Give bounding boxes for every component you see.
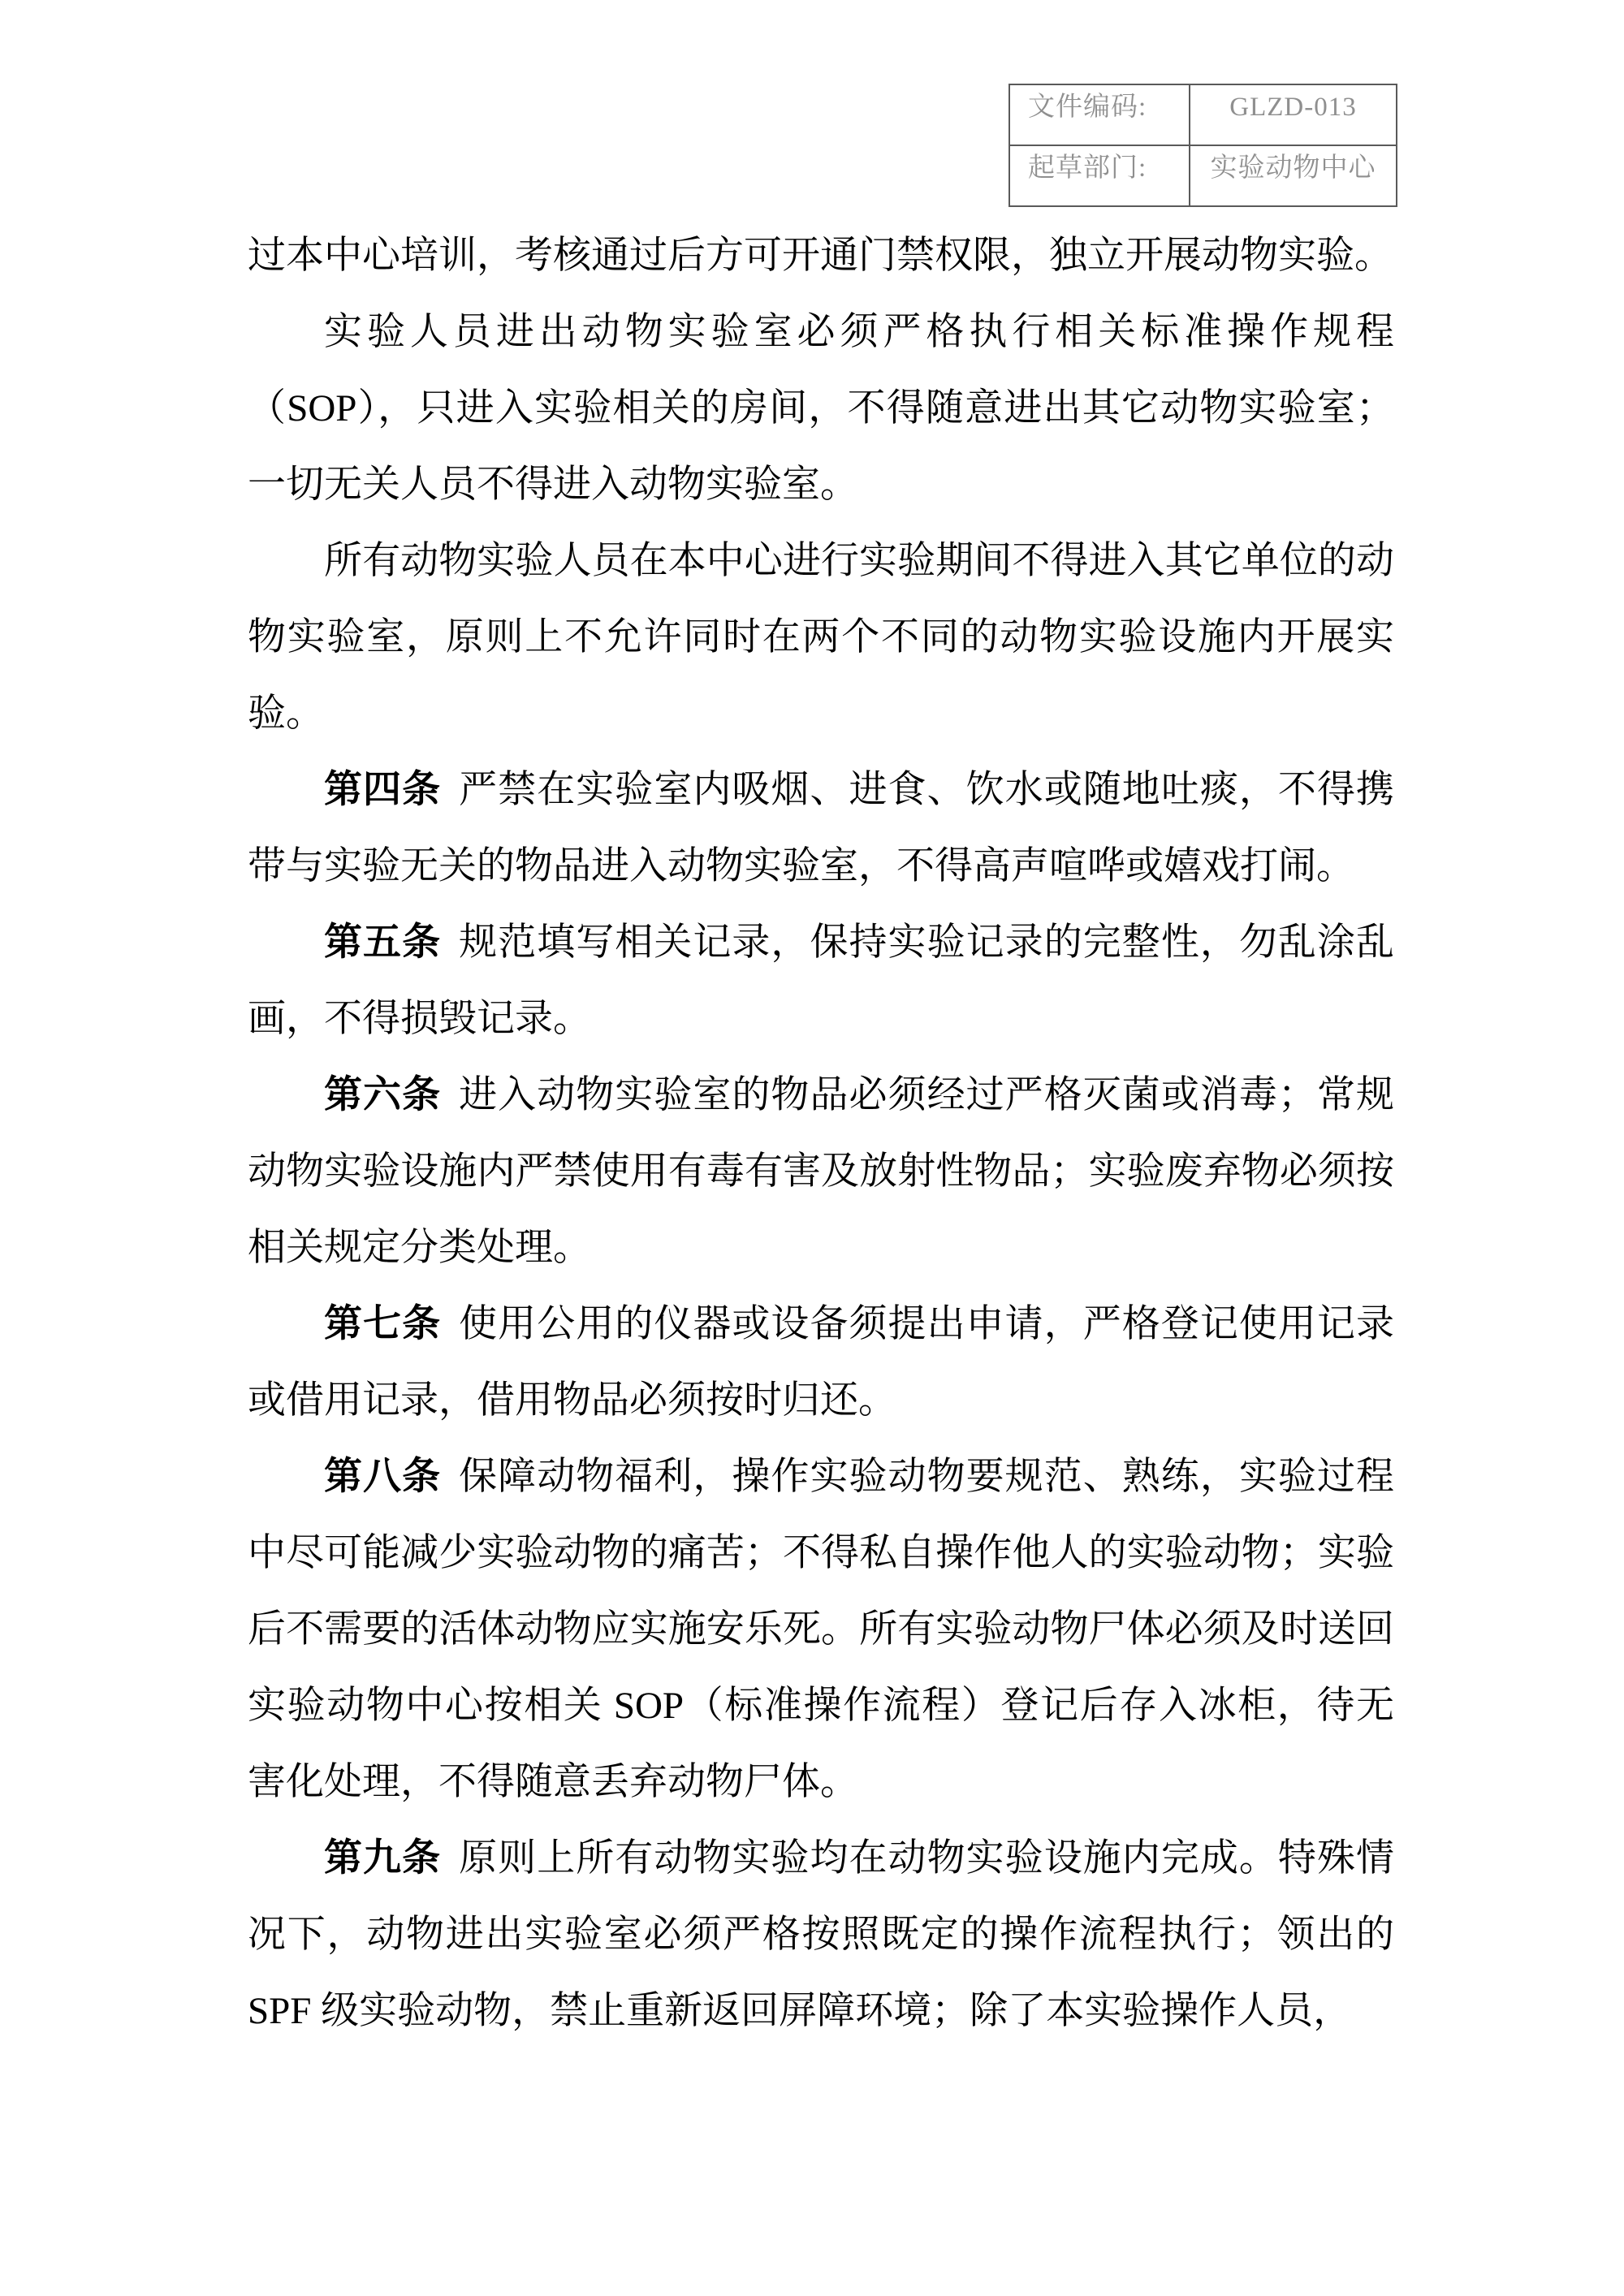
header-field-value: 实验动物中心 bbox=[1190, 145, 1397, 206]
article-number: 第六条 bbox=[324, 1074, 441, 1116]
body-paragraph: 第八条保障动物福利，操作实验动物要规范、熟练，实验过程中尽可能减少实验动物的痛苦… bbox=[248, 1439, 1394, 1820]
article-number: 第四条 bbox=[324, 769, 441, 811]
body-paragraph: 第九条原则上所有动物实验均在动物实验设施内完成。特殊情况下，动物进出实验室必须严… bbox=[248, 1820, 1394, 2049]
paragraph-text: 保障动物福利，操作实验动物要规范、熟练，实验过程中尽可能减少实验动物的痛苦；不得… bbox=[248, 1456, 1394, 1803]
header-field-value: GLZD-013 bbox=[1190, 84, 1397, 145]
paragraph-text: 实验人员进出动物实验室必须严格执行相关标准操作规程（SOP），只进入实验相关的房… bbox=[248, 311, 1394, 506]
header-table-row: 起草部门: 实验动物中心 bbox=[1009, 145, 1397, 206]
article-number: 第七条 bbox=[324, 1303, 441, 1345]
article-number: 第五条 bbox=[324, 921, 441, 964]
article-number: 第八条 bbox=[324, 1456, 441, 1498]
header-table-row: 文件编码: GLZD-013 bbox=[1009, 84, 1397, 145]
body-paragraph: 过本中心培训，考核通过后方可开通门禁权限，独立开展动物实验。 bbox=[248, 218, 1394, 294]
article-number: 第九条 bbox=[324, 1837, 441, 1880]
header-field-label: 文件编码: bbox=[1009, 84, 1190, 145]
body-paragraph: 第四条严禁在实验室内吸烟、进食、饮水或随地吐痰，不得携带与实验无关的物品进入动物… bbox=[248, 752, 1394, 904]
body-paragraph: 实验人员进出动物实验室必须严格执行相关标准操作规程（SOP），只进入实验相关的房… bbox=[248, 294, 1394, 523]
header-field-label: 起草部门: bbox=[1009, 145, 1190, 206]
document-header-table: 文件编码: GLZD-013 起草部门: 实验动物中心 bbox=[1009, 84, 1397, 207]
paragraph-text: 过本中心培训，考核通过后方可开通门禁权限，独立开展动物实验。 bbox=[248, 235, 1393, 277]
paragraph-text: 所有动物实验人员在本中心进行实验期间不得进入其它单位的动物实验室，原则上不允许同… bbox=[248, 540, 1394, 735]
body-paragraph: 第五条规范填写相关记录，保持实验记录的完整性，勿乱涂乱画，不得损毁记录。 bbox=[248, 904, 1394, 1057]
document-body: 过本中心培训，考核通过后方可开通门禁权限，独立开展动物实验。 实验人员进出动物实… bbox=[248, 218, 1394, 2049]
document-page: 文件编码: GLZD-013 起草部门: 实验动物中心 过本中心培训，考核通过后… bbox=[0, 0, 1624, 2296]
body-paragraph: 所有动物实验人员在本中心进行实验期间不得进入其它单位的动物实验室，原则上不允许同… bbox=[248, 523, 1394, 752]
body-paragraph: 第七条使用公用的仪器或设备须提出申请，严格登记使用记录或借用记录，借用物品必须按… bbox=[248, 1286, 1394, 1439]
body-paragraph: 第六条进入动物实验室的物品必须经过严格灭菌或消毒；常规动物实验设施内严禁使用有毒… bbox=[248, 1057, 1394, 1286]
